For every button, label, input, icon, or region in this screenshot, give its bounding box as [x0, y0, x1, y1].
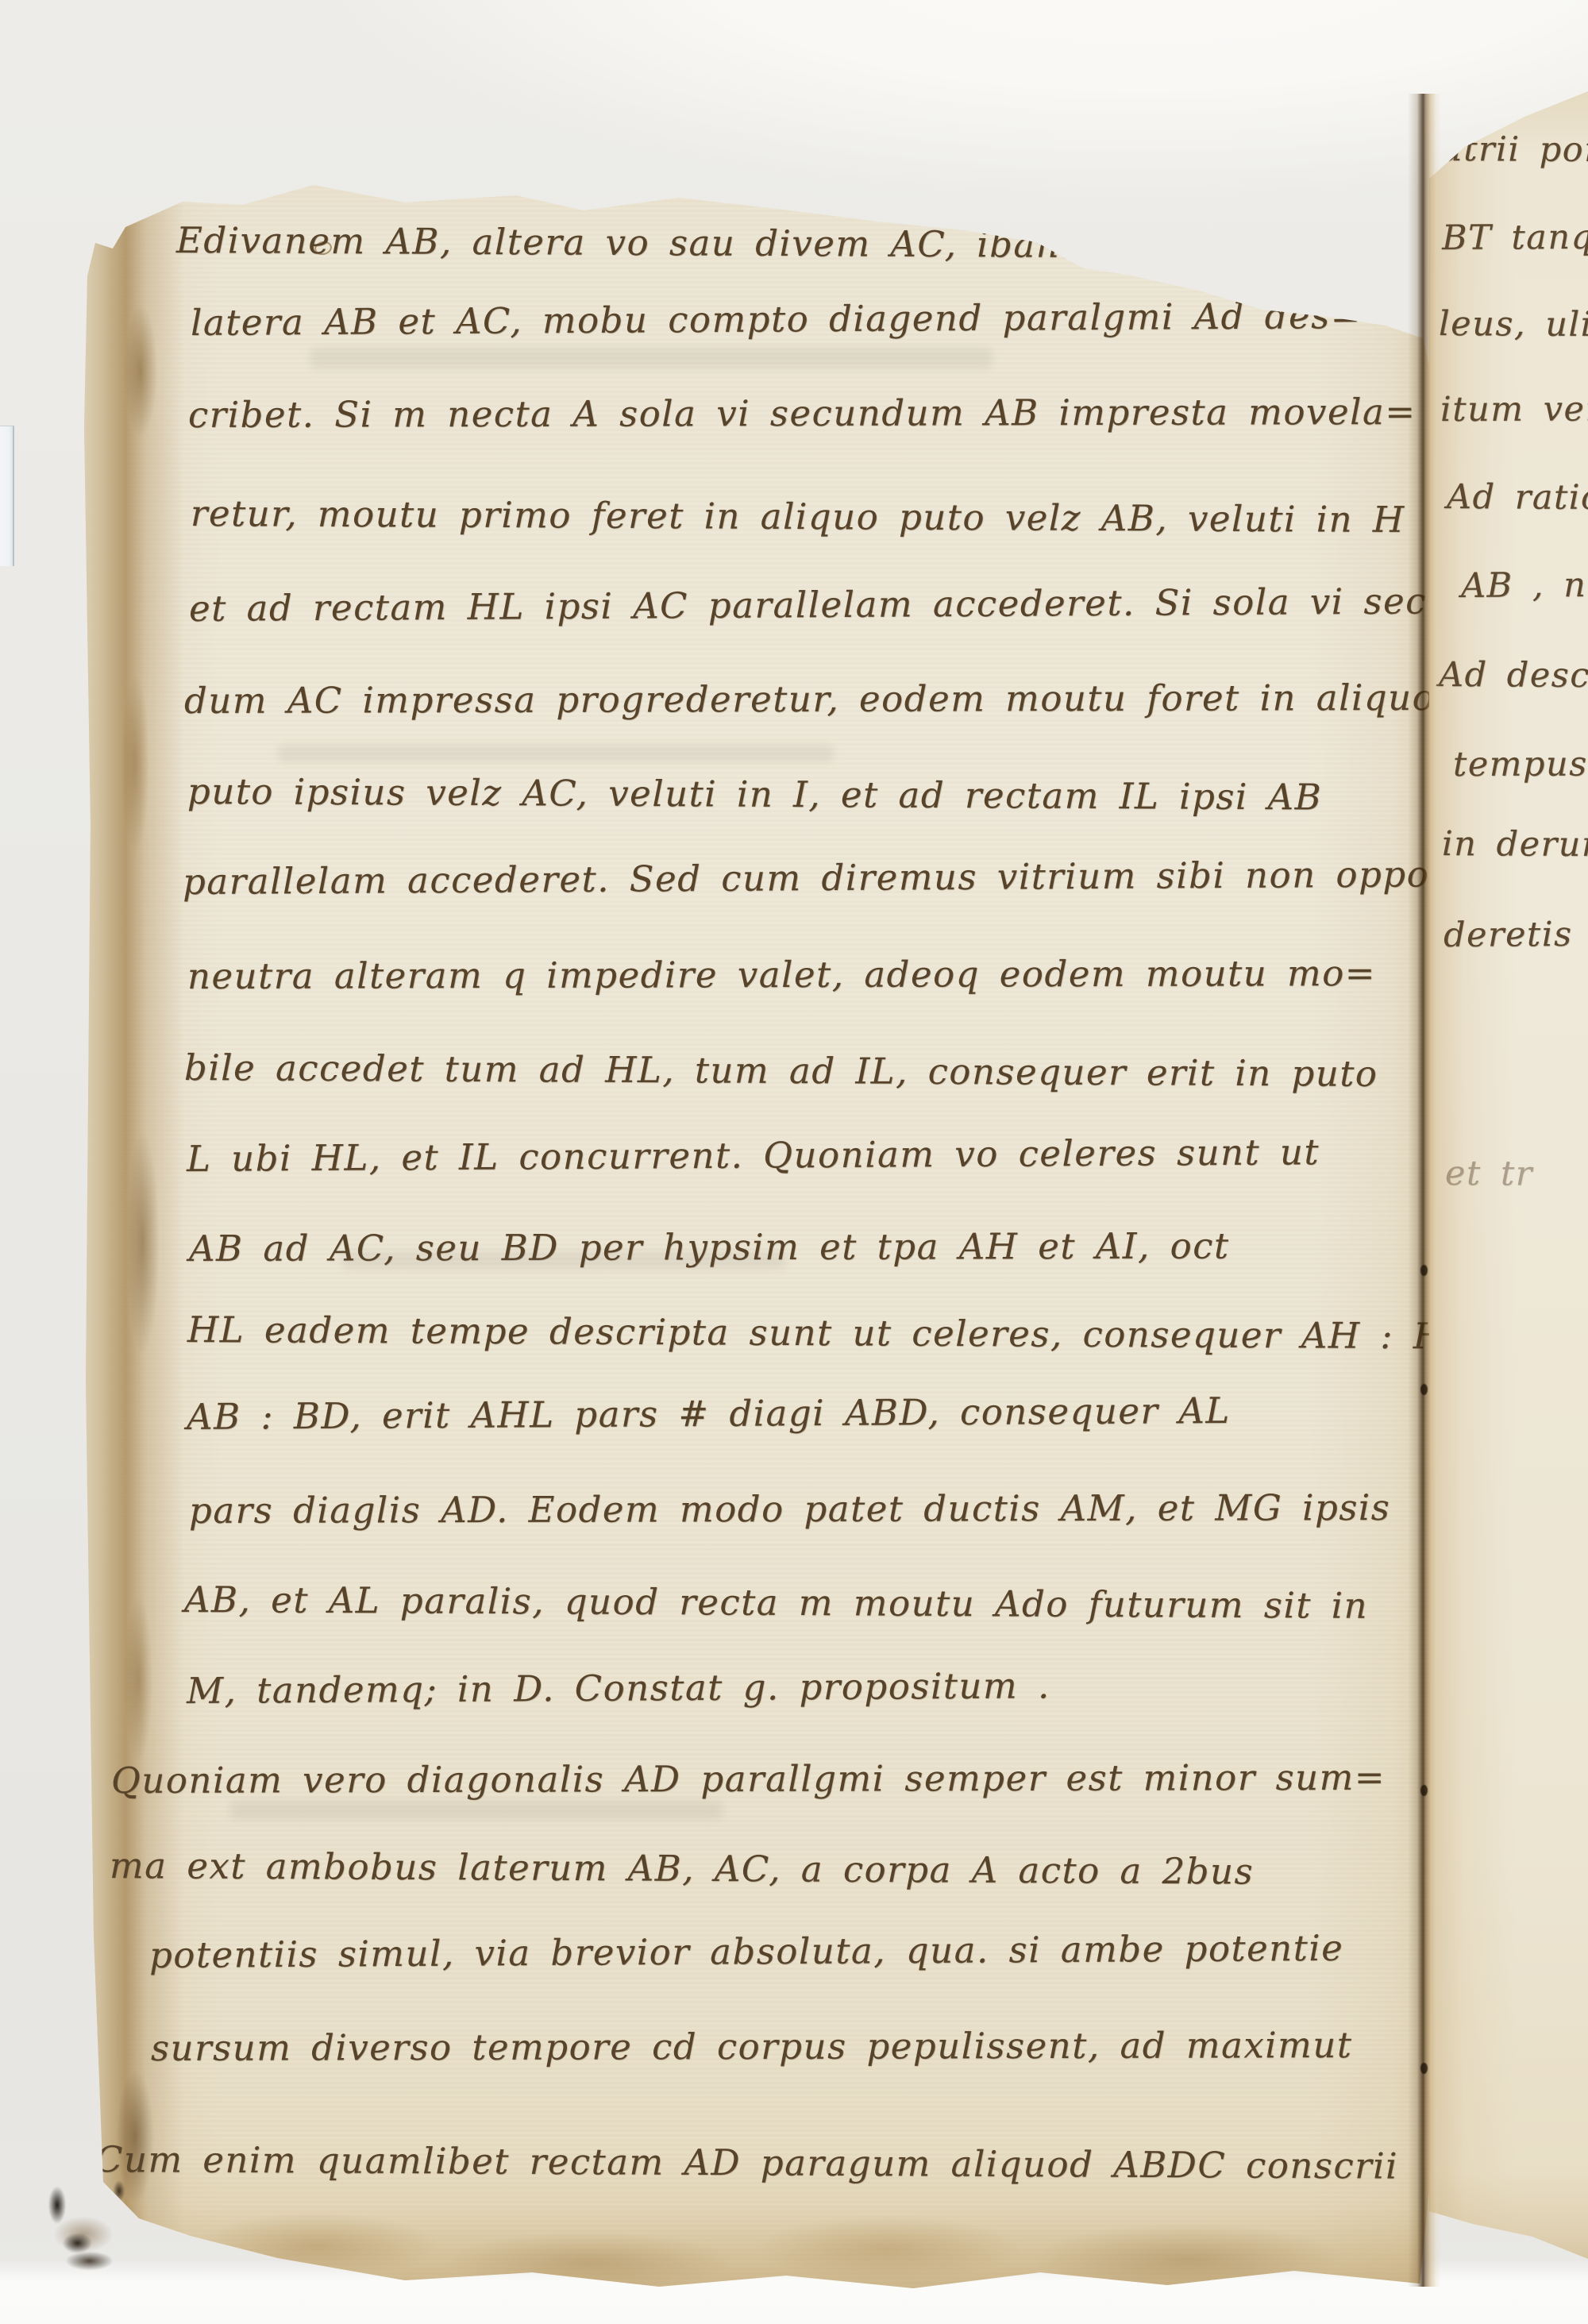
right-page-fragment: et tr [1445, 1155, 1533, 1193]
manuscript-line: latera AB et AC, mobu compto diagend par… [191, 296, 1362, 343]
manuscript-line: bile accedet tum ad HL, tum ad IL, conse… [184, 1048, 1378, 1093]
gutter-ink-blot [1420, 1384, 1428, 1395]
manuscript-line: retur, moutu primo feret in aliquo puto … [191, 494, 1405, 540]
right-page-fragment: AB , no [1461, 567, 1588, 605]
ink-bleed-mark [310, 348, 992, 368]
right-page-fragment: leus, uli d [1439, 306, 1588, 345]
right-page-fragment: tempus ver [1453, 746, 1588, 784]
manuscript-line: AB ad AC, seu BD per hypsim et tpa AH et… [189, 1227, 1230, 1269]
ink-bleed-mark [278, 745, 834, 762]
color-card-sliver [0, 426, 14, 566]
manuscript-line: et ad rectam HL ipsi AC parallelam acced… [189, 581, 1506, 629]
right-page-fragment: in derum [1442, 826, 1588, 864]
manuscript-line: puto ipsius velz AC, veluti in I, et ad … [187, 772, 1322, 817]
manuscript-line: AB, et AL paralis, quod recta m moutu Ad… [184, 1580, 1368, 1625]
manuscript-line: dum AC impressa progrederetur, eodem mou… [184, 678, 1435, 721]
gutter-ink-blot [1420, 2063, 1428, 2074]
right-page-fragment: itum verot [1440, 391, 1588, 429]
bottom-corner-damage [24, 2177, 143, 2304]
right-page-edge: utrii pomi BT tanqua leus, uli d itum ve… [1429, 67, 1588, 2291]
manuscript-line: AB : BD, erit AHL pars # diagi ABD, cons… [187, 1391, 1231, 1437]
manuscript-line: neutra alteram q impedire valet, adeoq e… [187, 954, 1376, 996]
manuscript-line: pars diaglis AD. Eodem modo patet ductis… [189, 1488, 1390, 1530]
manuscript-line: L ubi HL, et IL concurrent. Quoniam vo c… [187, 1132, 1320, 1178]
manuscript-line: potentiis simul, via brevior absoluta, q… [149, 1929, 1344, 1975]
right-page-fragment: Ad ratio o [1447, 479, 1588, 518]
manuscript-line: parallelam accederet. Sed cum diremus vi… [183, 854, 1528, 902]
right-page-fragment: deretis c [1443, 916, 1588, 955]
gutter-ink-blot [1420, 1265, 1428, 1276]
manuscript-line: ma ext ambobus laterum AB, AC, a corpa A… [110, 1846, 1254, 1891]
manuscript-line: HL eadem tempe descripta sunt ut celeres… [187, 1310, 1517, 1356]
gutter-ink-blot [1420, 1785, 1428, 1796]
manuscript-line: M, tandemq; in D. Constat g. propositum … [187, 1666, 1050, 1710]
ink-bleed-mark [230, 1801, 723, 1820]
manuscript-line: Cum enim quamlibet rectam AD paragum ali… [95, 2140, 1398, 2186]
right-page-fragment: Ad describo [1439, 657, 1588, 696]
right-page-fragment: BT tanqua [1442, 218, 1588, 257]
manuscript-line: Quoniam vero diagonalis AD parallgmi sem… [111, 1758, 1386, 1801]
main-page: Si mobile A (sega ) duplici vi urgeatz, … [71, 110, 1433, 2289]
page-fold-gutter [1408, 94, 1441, 2287]
manuscript-line: cribet. Si m necta A sola vi secundum AB… [188, 392, 1416, 435]
manuscript-line: sursum diverso tempore cd corpus pepulis… [151, 2025, 1352, 2068]
